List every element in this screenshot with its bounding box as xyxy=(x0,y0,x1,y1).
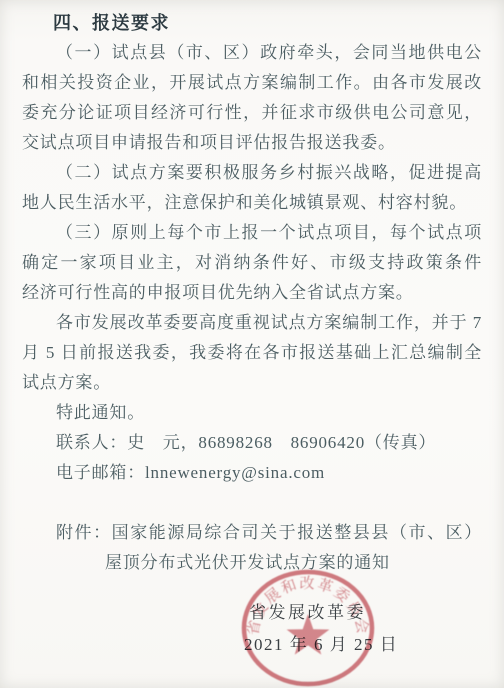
body-line: （一）试点县（市、区）政府牵头，会同当地供电公司 xyxy=(22,38,482,68)
body-line: 确定一家项目业主，对消纳条件好、市级支持政策条件优、 xyxy=(22,248,482,278)
body-line: 试点方案。 xyxy=(22,368,482,398)
email-line: 电子邮箱：lnnewenergy@sina.com xyxy=(22,458,482,488)
contact-line: 联系人：史 元，86898268 86906420（传真） xyxy=(22,428,482,458)
body-line: 经济可行性高的申报项目优先纳入全省试点方案。 xyxy=(22,278,482,308)
body-line: （二）试点方案要积极服务乡村振兴战略，促进提高当 xyxy=(22,158,482,188)
body-line: （三）原则上每个市上报一个试点项目，每个试点项目 xyxy=(22,218,482,248)
document-body: 四、报送要求 （一）试点县（市、区）政府牵头，会同当地供电公司 和相关投资企业，… xyxy=(22,8,482,578)
signature-block: 省发展改革委 2021 年 6 月 25 日 省发展和改革委员会 xyxy=(0,560,504,688)
seal-star-icon xyxy=(287,614,330,655)
body-line: 各市发展改革委要高度重视试点方案编制工作，并于 7 xyxy=(22,308,482,338)
scanned-notice-page: 四、报送要求 （一）试点县（市、区）政府牵头，会同当地供电公司 和相关投资企业，… xyxy=(0,0,504,688)
body-line: 月 5 日前报送我委，我委将在各市报送基础上汇总编制全省 xyxy=(22,338,482,368)
attachment-line-1: 附件：国家能源局综合司关于报送整县县（市、区） xyxy=(22,518,482,548)
body-line: 委充分论证项目经济可行性，并征求市级供电公司意见，提 xyxy=(22,98,482,128)
closing-line: 特此通知。 xyxy=(22,398,482,428)
official-seal: 省发展和改革委员会 xyxy=(238,566,378,688)
section-heading: 四、报送要求 xyxy=(22,8,482,38)
body-line: 和相关投资企业，开展试点方案编制工作。由各市发展改革 xyxy=(22,68,482,98)
blank-line xyxy=(22,488,482,518)
body-line: 地人民生活水平，注意保护和美化城镇景观、村容村貌。 xyxy=(22,188,482,218)
body-line: 交试点项目申请报告和项目评估报告报送我委。 xyxy=(22,128,482,158)
